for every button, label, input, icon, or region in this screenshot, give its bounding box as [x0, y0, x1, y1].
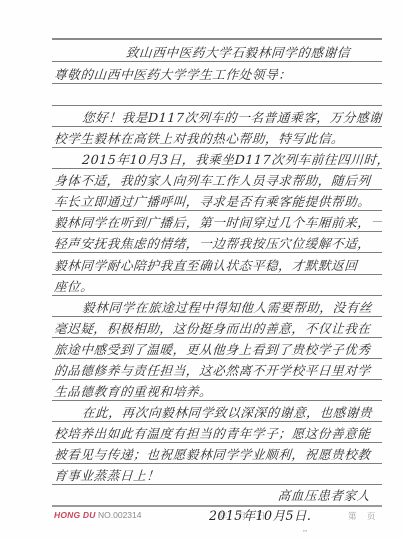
letter-line: 旅途中感受到了温暖，更从他身上看到了贵校学子优秀	[54, 343, 383, 357]
letter-line: 毅林同学耐心陪护我直至确认状态平稳，才默默返回	[54, 259, 383, 273]
rule-line	[52, 231, 382, 232]
letter-line: 车长立即通过广播呼叫，寻求是否有乘客能提供帮助。	[54, 195, 383, 209]
stationery-brand: HONG DU	[54, 510, 96, 520]
letter-line: 毅林同学在旅途过程中得知他人需要帮助，没有丝	[54, 301, 383, 315]
letter-line: 毫迟疑，积极相助，这份挺身而出的善意，不仅让我在	[54, 322, 383, 336]
rule-line	[52, 379, 382, 380]
letter-line: 在此，再次向毅林同学致以深深的谢意，也感谢贵	[54, 406, 383, 420]
letter-line: 生品德教育的重视和培养。	[54, 385, 383, 399]
rule-line	[52, 210, 382, 211]
rule-line	[52, 463, 382, 464]
letter-line: 2015年10月3日，我乘坐D117次列车前往四川时，突感	[54, 153, 383, 167]
rule-line	[52, 337, 382, 338]
letter-line: 轻声安抚我焦虑的情绪，一边帮我按压穴位缓解不适，	[54, 237, 383, 251]
watermark-stamp: ▪▪▪	[303, 528, 307, 533]
rule-line	[52, 442, 382, 443]
rule-line	[52, 484, 382, 485]
rule-line	[52, 252, 382, 253]
letter-salutation: 尊敬的山西中医药大学学生工作处领导：	[54, 68, 383, 82]
rule-line	[52, 421, 382, 422]
rule-line	[52, 83, 382, 84]
letter-line: 的品德修养与责任担当，这必然离不开学校平日里对学	[54, 364, 383, 378]
letter-line: 育事业蒸蒸日上！	[54, 469, 383, 483]
stationery-serial: NO.002314	[98, 510, 141, 520]
letter-date: 2015年10月5日.	[209, 505, 311, 524]
rule-top	[52, 38, 382, 40]
rule-line	[52, 316, 382, 317]
letter-line: 您好！我是D117次列车的一名普通乘客，万分感谢贵	[54, 111, 383, 125]
letter-line: 身体不适，我的家人向列车工作人员寻求帮助，随后列	[54, 174, 383, 188]
stationery-page-labels: 第 页	[348, 510, 375, 522]
rule-line	[52, 168, 382, 169]
rule-line	[52, 61, 382, 62]
rule-line	[52, 147, 382, 148]
letter-signature: 高血压患者家人	[70, 489, 371, 503]
rule-line	[52, 358, 382, 359]
letter-line: 座位。	[54, 280, 383, 294]
letter-line: 校培养出如此有温度有担当的青年学子；愿这份善意能	[54, 427, 383, 441]
rule-line	[52, 105, 382, 106]
letter-line: 毅林同学在听到广播后，第一时间穿过几个车厢前来，一边	[54, 216, 383, 230]
rule-line	[52, 274, 382, 275]
letter-title: 致山西中医药大学石毅林同学的感谢信	[54, 46, 383, 60]
letter-line: 被看见与传递；也祝愿毅林同学学业顺利，祝愿贵校教	[54, 448, 383, 462]
rule-line	[52, 400, 382, 401]
rule-line	[52, 189, 382, 190]
letter-page: 致山西中医药大学石毅林同学的感谢信 尊敬的山西中医药大学学生工作处领导： 您好！…	[0, 0, 402, 540]
rule-line	[52, 295, 382, 296]
letter-line: 校学生毅林在高铁上对我的热心帮助，特写此信。	[54, 132, 383, 146]
rule-line	[52, 126, 382, 127]
